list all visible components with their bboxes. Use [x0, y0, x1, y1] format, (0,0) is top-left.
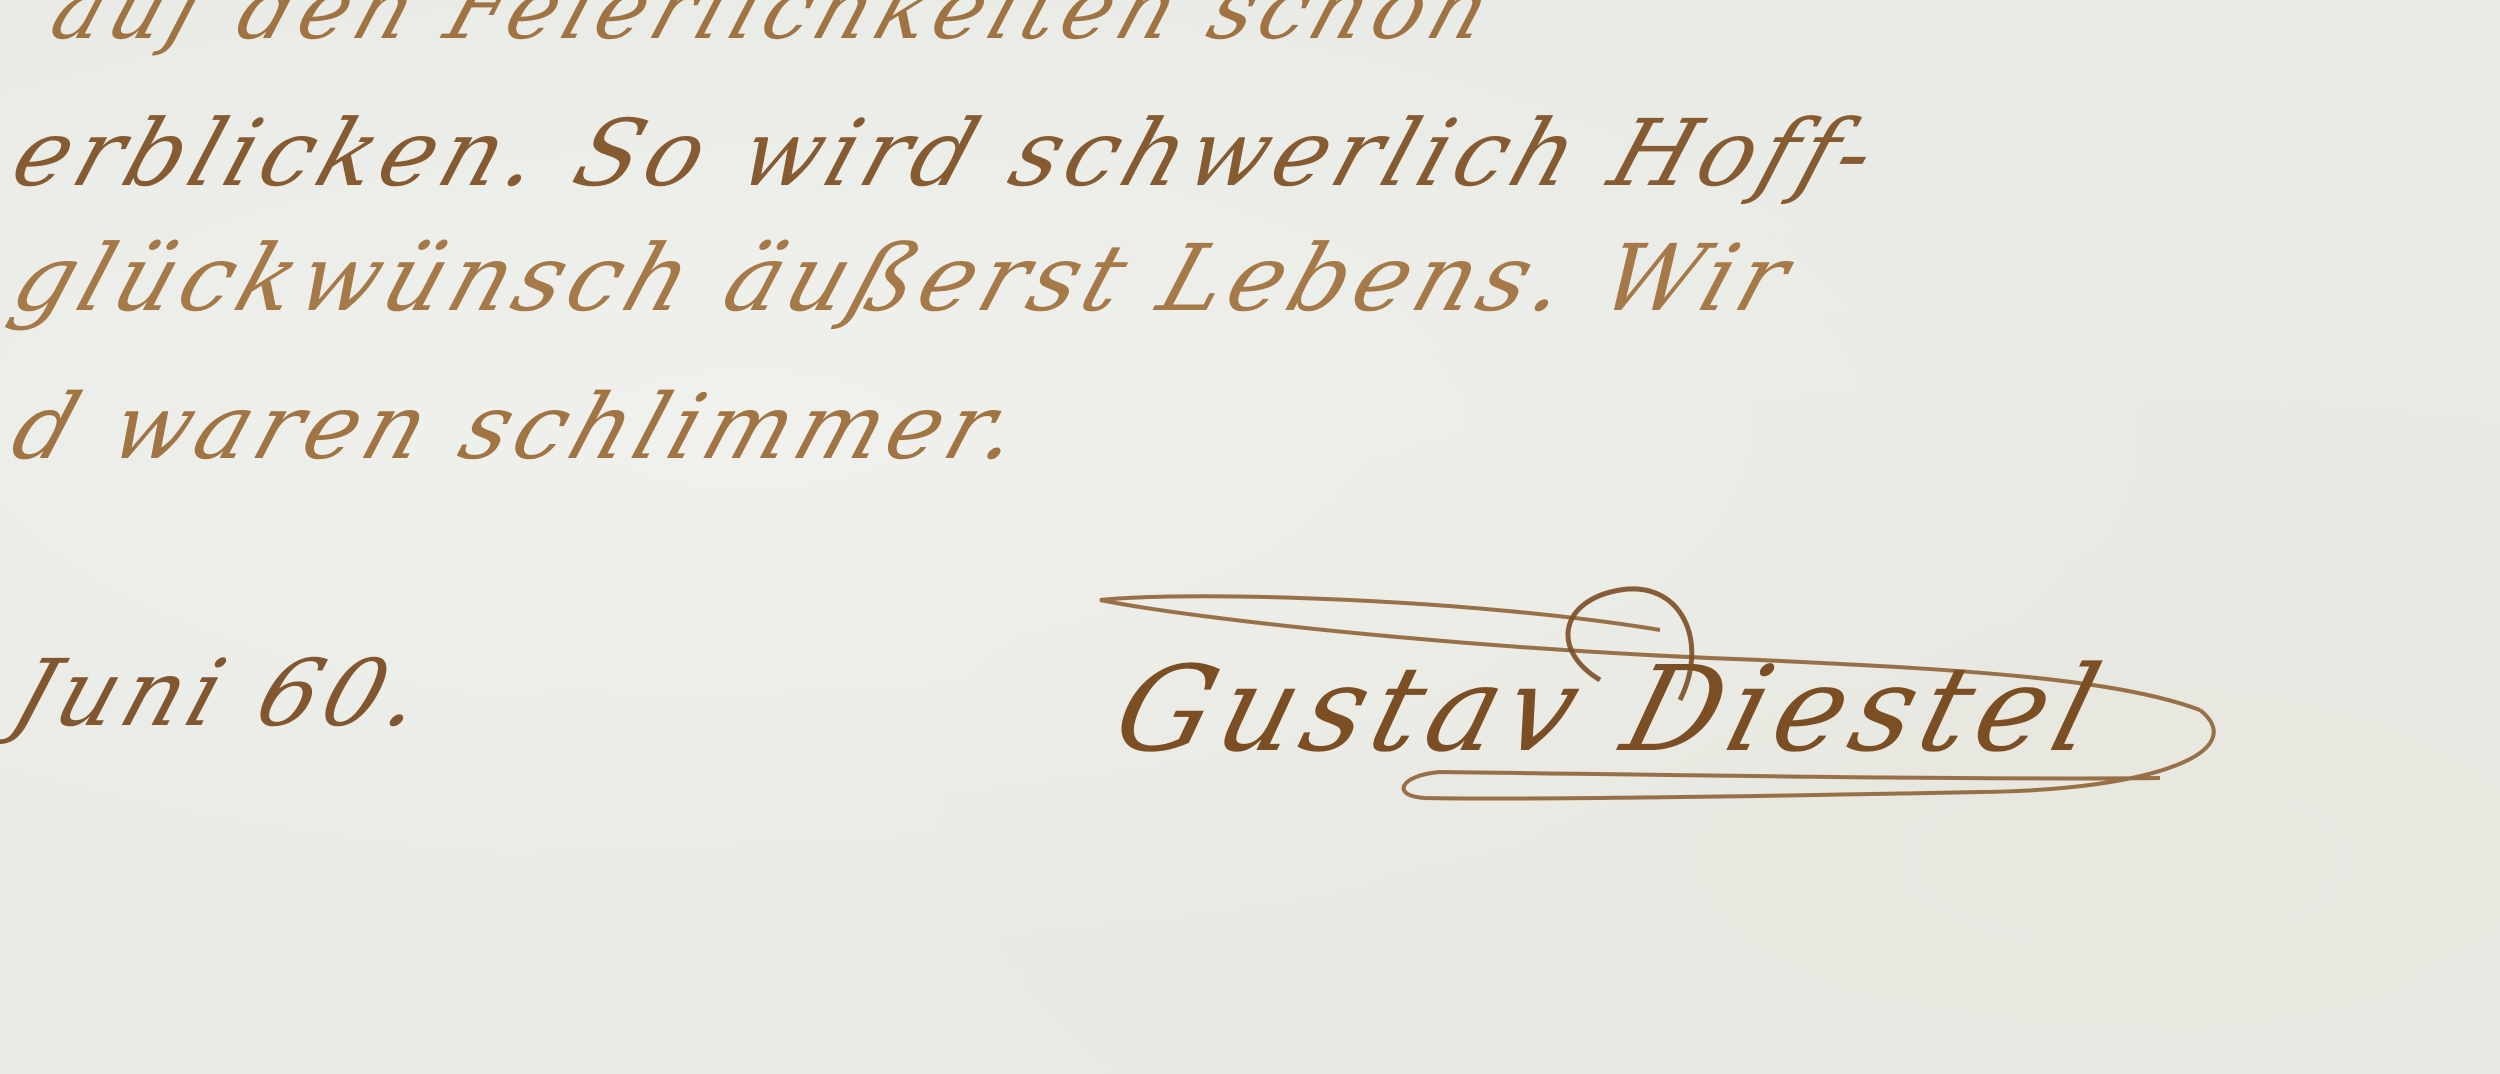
signature-text: Gustav Diestel: [1102, 640, 2121, 778]
letter-line-4: d waren schlimmer.: [0, 375, 1040, 480]
letter-line-2: erblicken. So wird schwerlich Hoff-: [0, 100, 1894, 207]
letter-line-1: auf den Feierlichkeiten schon: [40, 0, 1508, 58]
letter-line-3: glückwünsch äußerst Lebens. Wir: [0, 225, 1808, 332]
date-line: Juni 60.: [0, 640, 443, 747]
signature-block: Gustav Diestel: [1080, 560, 2240, 820]
